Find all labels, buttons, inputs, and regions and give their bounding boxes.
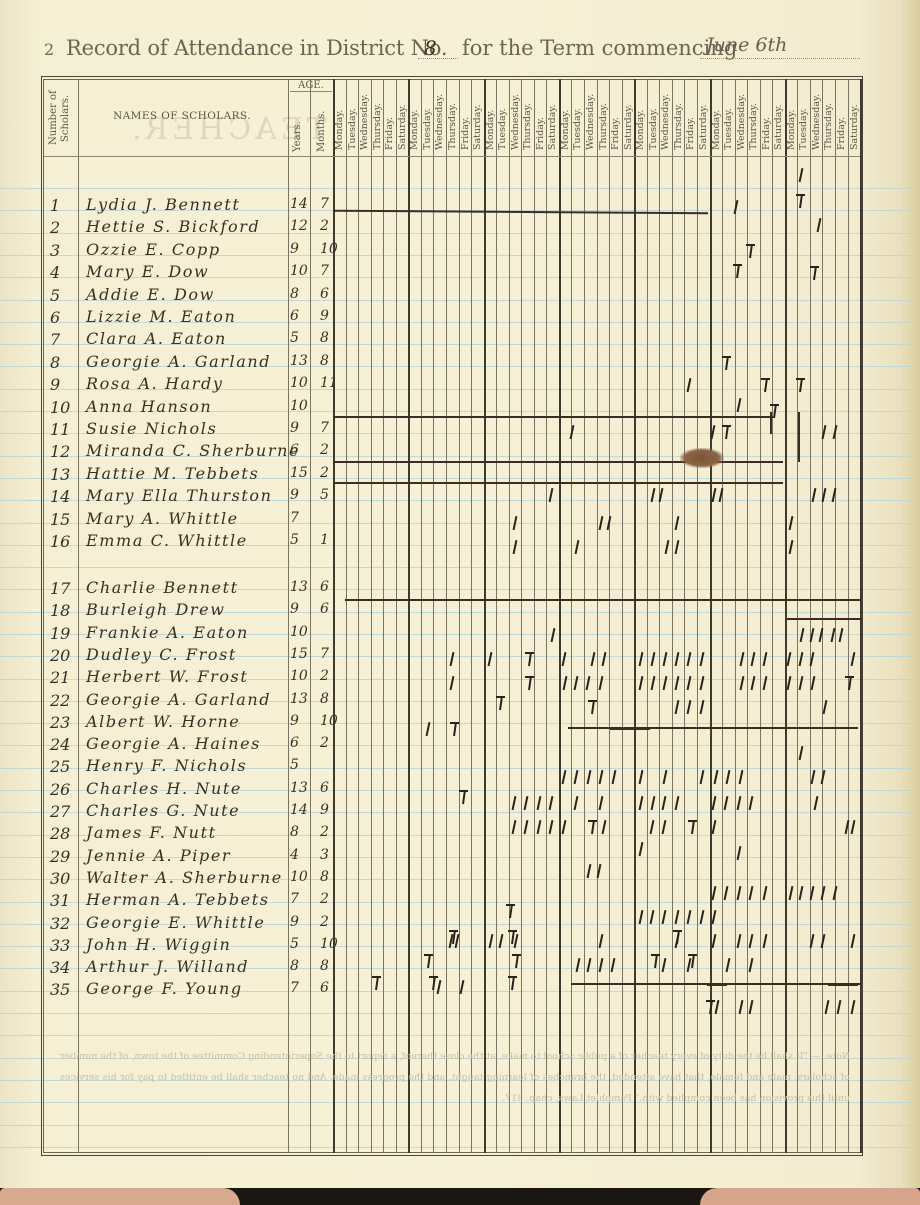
age-months: 10 bbox=[320, 241, 338, 257]
tardy-mark bbox=[429, 976, 438, 990]
tardy-mark bbox=[508, 976, 517, 990]
tardy-mark bbox=[525, 652, 534, 666]
tardy-mark bbox=[706, 1000, 715, 1014]
age-years: 8 bbox=[290, 286, 299, 302]
scholar-number: 30 bbox=[50, 869, 70, 888]
scholar-name: Mary E. Dow bbox=[86, 262, 209, 281]
age-months: 5 bbox=[320, 487, 329, 503]
page-edge bbox=[900, 0, 920, 1188]
scholar-number: 31 bbox=[50, 891, 70, 910]
day-header-friday: Friday. bbox=[836, 84, 847, 150]
scholar-number: 28 bbox=[50, 824, 70, 843]
scholar-row: 17Charlie Bennett136 bbox=[44, 579, 864, 600]
scholar-number: 29 bbox=[50, 847, 70, 866]
tardy-mark bbox=[845, 676, 854, 690]
tardy-mark bbox=[746, 244, 755, 258]
scholar-row: 31Herman A. Tebbets72 bbox=[44, 891, 864, 912]
withdrawal-line bbox=[333, 482, 783, 484]
age-years: 10 bbox=[290, 375, 308, 391]
day-header-monday: Monday. bbox=[711, 84, 722, 150]
scholar-name: Lizzie M. Eaton bbox=[86, 307, 236, 326]
scholar-row: 27Charles G. Nute149 bbox=[44, 802, 864, 823]
age-years: 5 bbox=[290, 330, 299, 346]
age-years: 9 bbox=[290, 487, 299, 503]
day-header-saturday: Saturday. bbox=[773, 84, 784, 150]
scholar-name: Jennie A. Piper bbox=[86, 846, 231, 865]
scholar-row: 8Georgie A. Garland138 bbox=[44, 353, 864, 374]
scholar-row: 28James F. Nutt82 bbox=[44, 824, 864, 845]
pen-line bbox=[770, 412, 772, 434]
age-years: 10 bbox=[290, 869, 308, 885]
age-years: 9 bbox=[290, 241, 299, 257]
age-months: 6 bbox=[320, 601, 329, 617]
scholar-number: 13 bbox=[50, 465, 70, 484]
right-thumb bbox=[700, 1188, 920, 1205]
tardy-mark bbox=[372, 976, 381, 990]
age-years: 13 bbox=[290, 691, 308, 707]
age-months: 8 bbox=[320, 330, 329, 346]
tardy-mark bbox=[810, 266, 819, 280]
day-header-thursday: Thursday. bbox=[673, 84, 684, 150]
age-months: 2 bbox=[320, 824, 329, 840]
scholar-name: Georgie E. Whittle bbox=[86, 913, 265, 932]
age-months: 2 bbox=[320, 891, 329, 907]
tardy-mark bbox=[508, 930, 517, 944]
withdrawal-line bbox=[707, 983, 727, 986]
term-dotted-line bbox=[700, 58, 860, 59]
age-months: 10 bbox=[320, 936, 338, 952]
age-years: 7 bbox=[290, 510, 299, 526]
age-months: 2 bbox=[320, 442, 329, 458]
day-header-thursday: Thursday. bbox=[748, 84, 759, 150]
age-months: 6 bbox=[320, 579, 329, 595]
scholar-number: 12 bbox=[50, 442, 70, 461]
age-years: 7 bbox=[290, 980, 299, 996]
day-header-saturday: Saturday. bbox=[849, 84, 860, 150]
day-header-monday: Monday. bbox=[635, 84, 646, 150]
header-bottom-rule bbox=[44, 156, 860, 157]
scholar-name: Lydia J. Bennett bbox=[86, 195, 240, 214]
day-header-tuesday: Tuesday. bbox=[648, 84, 659, 150]
scholar-name: Herman A. Tebbets bbox=[86, 890, 270, 909]
day-header-thursday: Thursday. bbox=[447, 84, 458, 150]
scholar-name: Hattie M. Tebbets bbox=[86, 464, 259, 483]
scholar-row: 34Arthur J. Willand88 bbox=[44, 958, 864, 979]
scholar-number: 14 bbox=[50, 487, 70, 506]
names-of-scholars-header: NAMES OF SCHOLARS. bbox=[80, 110, 284, 122]
age-years: 5 bbox=[290, 757, 299, 773]
day-header-wednesday: Wednesday. bbox=[736, 84, 747, 150]
scholar-number: 18 bbox=[50, 601, 70, 620]
scholar-number: 20 bbox=[50, 646, 70, 665]
age-years: 14 bbox=[290, 196, 308, 212]
age-years: 7 bbox=[290, 891, 299, 907]
day-header-monday: Monday. bbox=[409, 84, 420, 150]
tardy-mark bbox=[449, 930, 458, 944]
age-years: 10 bbox=[290, 263, 308, 279]
tardy-mark bbox=[506, 904, 515, 918]
age-months: 3 bbox=[320, 847, 329, 863]
scholar-name: Susie Nichols bbox=[86, 419, 217, 438]
scholar-row: 2Hettie S. Bickford122 bbox=[44, 218, 864, 239]
tardy-mark bbox=[733, 264, 742, 278]
scholar-number: 10 bbox=[50, 398, 70, 417]
scholar-number: 7 bbox=[50, 330, 60, 349]
district-dotted-line bbox=[418, 58, 458, 59]
day-header-saturday: Saturday. bbox=[623, 84, 634, 150]
scholar-row: 24Georgie A. Haines62 bbox=[44, 735, 864, 756]
scholar-number: 32 bbox=[50, 914, 70, 933]
day-header-wednesday: Wednesday. bbox=[434, 84, 445, 150]
day-header-tuesday: Tuesday. bbox=[572, 84, 583, 150]
scholar-name: Charlie Bennett bbox=[86, 578, 239, 597]
age-months: 7 bbox=[320, 196, 329, 212]
record-title: Record of Attendance in District No. bbox=[66, 36, 447, 60]
tardy-mark bbox=[450, 722, 459, 736]
day-header-thursday: Thursday. bbox=[522, 84, 533, 150]
day-header-saturday: Saturday. bbox=[397, 84, 408, 150]
tardy-mark bbox=[761, 378, 770, 392]
scholar-row: 3Ozzie E. Copp910 bbox=[44, 241, 864, 262]
scholar-name: Ozzie E. Copp bbox=[86, 240, 221, 259]
scholar-name: Georgie A. Garland bbox=[86, 690, 271, 709]
age-months: 7 bbox=[320, 646, 329, 662]
tardy-mark bbox=[496, 696, 505, 710]
age-months: 7 bbox=[320, 263, 329, 279]
term-label: for the Term commencing bbox=[462, 36, 737, 60]
day-header-wednesday: Wednesday. bbox=[510, 84, 521, 150]
age-years: 10 bbox=[290, 398, 308, 414]
scholar-name: Walter A. Sherburne bbox=[86, 868, 283, 887]
age-months: 1 bbox=[320, 532, 329, 548]
scholar-number: 27 bbox=[50, 802, 70, 821]
scholar-number: 23 bbox=[50, 713, 70, 732]
scholar-name: Frankie A. Eaton bbox=[86, 623, 249, 642]
scholar-name: George F. Young bbox=[86, 979, 243, 998]
day-header-monday: Monday. bbox=[786, 84, 797, 150]
scholar-row: 7Clara A. Eaton58 bbox=[44, 330, 864, 351]
day-header-tuesday: Tuesday. bbox=[798, 84, 809, 150]
scholar-number: 9 bbox=[50, 375, 60, 394]
age-months: 2 bbox=[320, 218, 329, 234]
age-months: 8 bbox=[320, 353, 329, 369]
age-months: 6 bbox=[320, 286, 329, 302]
withdrawal-line bbox=[610, 727, 650, 730]
age-years: 15 bbox=[290, 465, 308, 481]
scholar-row: 26Charles H. Nute136 bbox=[44, 780, 864, 801]
scholar-number: 19 bbox=[50, 624, 70, 643]
day-header-friday: Friday. bbox=[761, 84, 772, 150]
age-years: 13 bbox=[290, 579, 308, 595]
months-header: Months. bbox=[316, 112, 327, 152]
scholar-name: Arthur J. Willand bbox=[86, 957, 249, 976]
day-header-wednesday: Wednesday. bbox=[660, 84, 671, 150]
day-header-tuesday: Tuesday. bbox=[422, 84, 433, 150]
scholar-name: Herbert W. Frost bbox=[86, 667, 248, 686]
age-months: 2 bbox=[320, 465, 329, 481]
number-of-scholars-header: Number of Scholars. bbox=[48, 86, 74, 150]
age-months: 11 bbox=[320, 375, 338, 391]
scholar-name: John H. Wiggin bbox=[86, 935, 231, 954]
scholar-number: 33 bbox=[50, 936, 70, 955]
age-years: 5 bbox=[290, 936, 299, 952]
tardy-mark bbox=[512, 954, 521, 968]
day-header-friday: Friday. bbox=[610, 84, 621, 150]
day-header-tuesday: Tuesday. bbox=[723, 84, 734, 150]
age-header: AGE. bbox=[290, 80, 332, 92]
scholar-number: 11 bbox=[50, 420, 70, 439]
scholar-name: Hettie S. Bickford bbox=[86, 217, 260, 236]
day-header-thursday: Thursday. bbox=[372, 84, 383, 150]
day-header-friday: Friday. bbox=[535, 84, 546, 150]
tardy-mark bbox=[459, 790, 468, 804]
scholar-name: Georgie A. Haines bbox=[86, 734, 261, 753]
scholar-number: 2 bbox=[50, 218, 60, 237]
day-header-wednesday: Wednesday. bbox=[811, 84, 822, 150]
scholar-number: 17 bbox=[50, 579, 70, 598]
scholar-number: 3 bbox=[50, 241, 60, 260]
scholar-name: Mary A. Whittle bbox=[86, 509, 239, 528]
scholar-row: 30Walter A. Sherburne108 bbox=[44, 869, 864, 890]
day-header-saturday: Saturday. bbox=[547, 84, 558, 150]
scholar-name: Rosa A. Hardy bbox=[86, 374, 223, 393]
scholar-number: 21 bbox=[50, 668, 70, 687]
scholar-number: 26 bbox=[50, 780, 70, 799]
age-years: 5 bbox=[290, 532, 299, 548]
page-header: 2Record of Attendance in District No. bbox=[44, 36, 447, 60]
tardy-mark bbox=[796, 378, 805, 392]
day-header-monday: Monday. bbox=[560, 84, 571, 150]
tardy-mark bbox=[673, 930, 682, 944]
age-years: 8 bbox=[290, 824, 299, 840]
scholar-name: Charles H. Nute bbox=[86, 779, 242, 798]
footer-note-bleed-through: Note. — "It shall be the duty of every t… bbox=[60, 1046, 850, 1109]
tardy-mark bbox=[424, 954, 433, 968]
scholar-row: 16Emma C. Whittle51 bbox=[44, 532, 864, 553]
pen-line bbox=[798, 412, 800, 462]
scholar-name: Mary Ella Thurston bbox=[86, 486, 273, 505]
scholar-number: 35 bbox=[50, 980, 70, 999]
scholar-number: 4 bbox=[50, 263, 60, 282]
page-number: 2 bbox=[44, 40, 54, 59]
day-header-thursday: Thursday. bbox=[598, 84, 609, 150]
tardy-mark bbox=[722, 425, 731, 439]
age-years: 12 bbox=[290, 218, 308, 234]
age-years: 15 bbox=[290, 646, 308, 662]
scholar-name: Anna Hanson bbox=[86, 397, 212, 416]
age-years: 8 bbox=[290, 958, 299, 974]
term-start-date: June 6th bbox=[706, 34, 787, 56]
scholar-number: 15 bbox=[50, 510, 70, 529]
day-header-tuesday: Tuesday. bbox=[497, 84, 508, 150]
day-header-wednesday: Wednesday. bbox=[359, 84, 370, 150]
tardy-mark bbox=[651, 954, 660, 968]
scholar-name: Charles G. Nute bbox=[86, 801, 240, 820]
scholar-row: 29Jennie A. Piper43 bbox=[44, 847, 864, 868]
age-months: 8 bbox=[320, 869, 329, 885]
age-years: 6 bbox=[290, 308, 299, 324]
day-header-monday: Monday. bbox=[334, 84, 345, 150]
tardy-mark bbox=[722, 356, 731, 370]
scholar-row: 12Miranda C. Sherburne62 bbox=[44, 442, 864, 463]
scholar-number: 22 bbox=[50, 691, 70, 710]
scholar-row: 11Susie Nichols97 bbox=[44, 420, 864, 441]
years-header: Years. bbox=[292, 118, 303, 152]
scholar-name: Clara A. Eaton bbox=[86, 329, 227, 348]
scholar-row: 19Frankie A. Eaton10 bbox=[44, 624, 864, 645]
age-years: 6 bbox=[290, 735, 299, 751]
scholar-name: Albert W. Horne bbox=[86, 712, 240, 731]
age-years: 13 bbox=[290, 780, 308, 796]
tardy-mark bbox=[525, 676, 534, 690]
scholar-row: 14Mary Ella Thurston95 bbox=[44, 487, 864, 508]
left-thumb bbox=[0, 1188, 240, 1205]
tardy-mark bbox=[588, 820, 597, 834]
scholar-row: 15Mary A. Whittle7 bbox=[44, 510, 864, 531]
day-header-friday: Friday. bbox=[685, 84, 696, 150]
day-header-friday: Friday. bbox=[384, 84, 395, 150]
scholar-number: 34 bbox=[50, 958, 70, 977]
tardy-mark bbox=[588, 700, 597, 714]
withdrawal-line bbox=[345, 599, 860, 601]
scholar-row: 18Burleigh Drew96 bbox=[44, 601, 864, 622]
scholar-row: 5Addie E. Dow86 bbox=[44, 286, 864, 307]
scholar-number: 1 bbox=[50, 196, 60, 215]
age-years: 10 bbox=[290, 624, 308, 640]
day-header-saturday: Saturday. bbox=[472, 84, 483, 150]
age-months: 7 bbox=[320, 420, 329, 436]
district-number: 8 bbox=[424, 36, 437, 60]
age-months: 6 bbox=[320, 980, 329, 996]
age-months: 8 bbox=[320, 691, 329, 707]
ink-stain bbox=[680, 448, 724, 468]
scholar-row: 22Georgie A. Garland138 bbox=[44, 691, 864, 712]
scholar-number: 6 bbox=[50, 308, 60, 327]
scholar-number: 16 bbox=[50, 532, 70, 551]
day-header-friday: Friday. bbox=[460, 84, 471, 150]
tardy-mark bbox=[796, 194, 805, 208]
scholar-number: 5 bbox=[50, 286, 60, 305]
scholar-number: 24 bbox=[50, 735, 70, 754]
age-years: 6 bbox=[290, 442, 299, 458]
withdrawal-line bbox=[333, 416, 773, 418]
scholar-row: 1Lydia J. Bennett147 bbox=[44, 196, 864, 217]
age-years: 9 bbox=[290, 601, 299, 617]
age-months: 2 bbox=[320, 914, 329, 930]
scholar-name: Henry F. Nichols bbox=[86, 756, 247, 775]
age-years: 10 bbox=[290, 668, 308, 684]
scholar-number: 25 bbox=[50, 757, 70, 776]
scholar-number: 8 bbox=[50, 353, 60, 372]
age-years: 14 bbox=[290, 802, 308, 818]
age-years: 4 bbox=[290, 847, 299, 863]
scholar-name: Burleigh Drew bbox=[86, 600, 226, 619]
age-months: 10 bbox=[320, 713, 338, 729]
scholar-row: 6Lizzie M. Eaton69 bbox=[44, 308, 864, 329]
scholar-name: Georgie A. Garland bbox=[86, 352, 271, 371]
age-months: 9 bbox=[320, 802, 329, 818]
day-header-saturday: Saturday. bbox=[698, 84, 709, 150]
withdrawal-line bbox=[787, 618, 862, 620]
age-months: 8 bbox=[320, 958, 329, 974]
scholar-name: Dudley C. Frost bbox=[86, 645, 237, 664]
day-header-monday: Monday. bbox=[485, 84, 496, 150]
tardy-mark bbox=[688, 820, 697, 834]
age-years: 9 bbox=[290, 420, 299, 436]
age-years: 13 bbox=[290, 353, 308, 369]
tardy-mark bbox=[688, 954, 697, 968]
scholar-name: Miranda C. Sherburne bbox=[86, 441, 300, 460]
day-header-wednesday: Wednesday. bbox=[585, 84, 596, 150]
age-years: 9 bbox=[290, 914, 299, 930]
age-months: 9 bbox=[320, 308, 329, 324]
withdrawal-line bbox=[828, 983, 858, 986]
scholar-name: Emma C. Whittle bbox=[86, 531, 248, 550]
scholar-name: James F. Nutt bbox=[86, 823, 217, 842]
day-header-tuesday: Tuesday. bbox=[347, 84, 358, 150]
age-months: 2 bbox=[320, 668, 329, 684]
age-months: 2 bbox=[320, 735, 329, 751]
scholar-row: 9Rosa A. Hardy1011 bbox=[44, 375, 864, 396]
age-years: 9 bbox=[290, 713, 299, 729]
scholar-name: Addie E. Dow bbox=[86, 285, 215, 304]
day-header-thursday: Thursday. bbox=[823, 84, 834, 150]
age-months: 6 bbox=[320, 780, 329, 796]
